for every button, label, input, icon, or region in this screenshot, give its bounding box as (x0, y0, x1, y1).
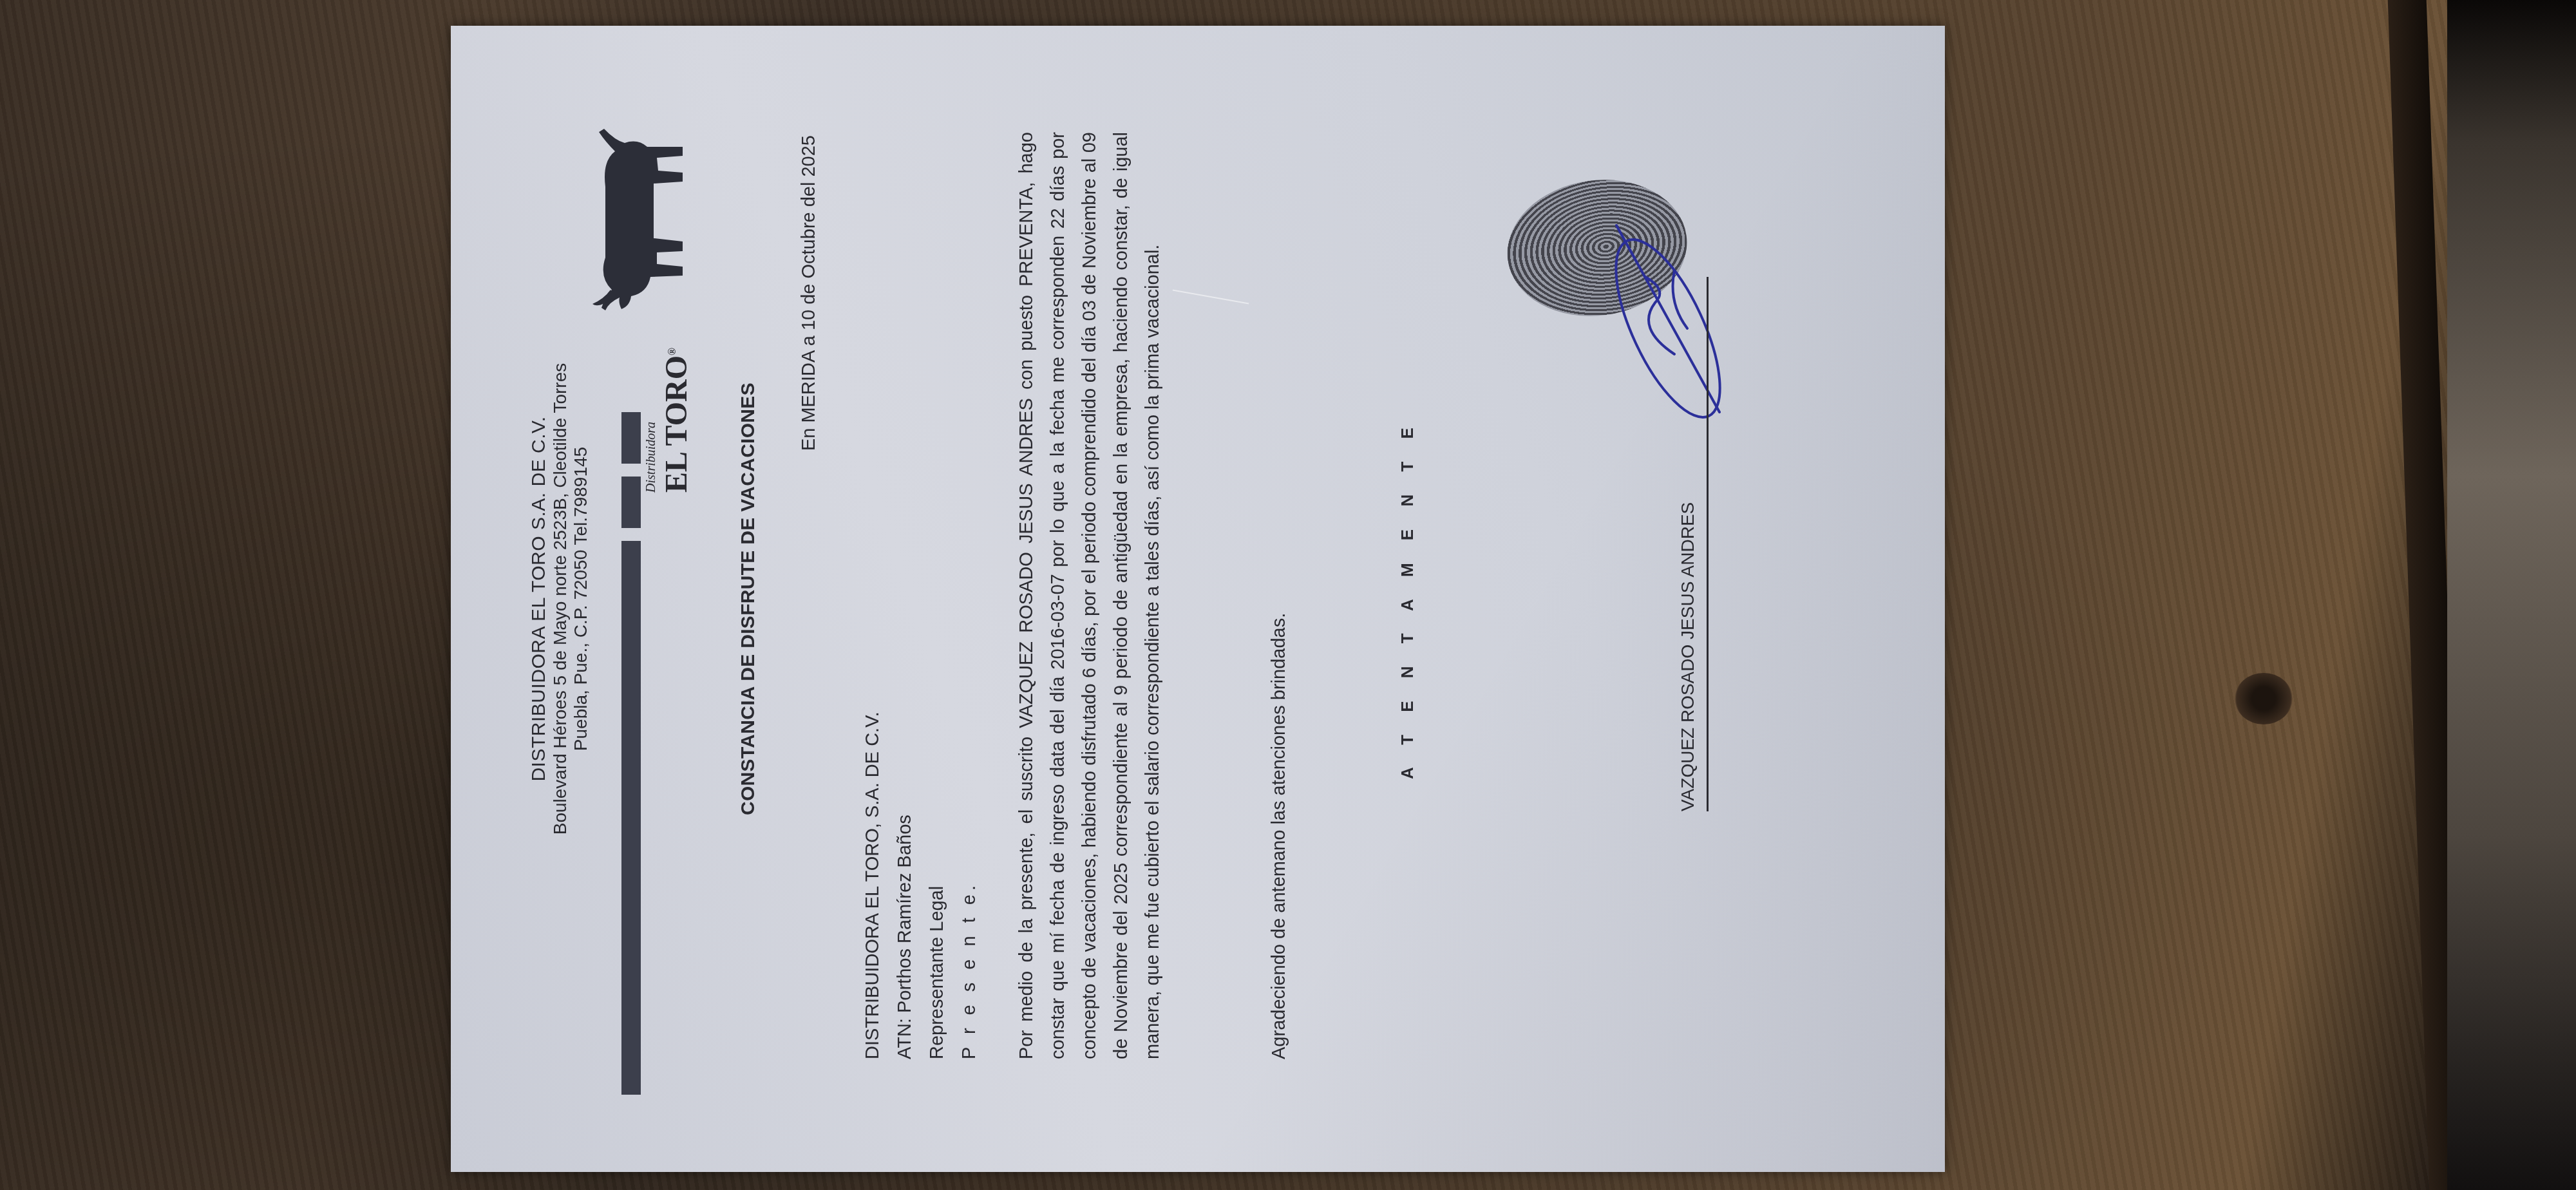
signature-line (1707, 277, 1709, 811)
recipient-block: DISTRIBUIDORA EL TORO, S.A. DE C.V. ATN:… (857, 712, 985, 1059)
closing-atentamente: A T E N T A M E N T E (1397, 26, 1417, 1172)
logo-brand-text: EL TORO (659, 355, 694, 493)
vacation-certificate-document: DISTRIBUIDORA EL TORO S.A. DE C.V. Boule… (451, 26, 1945, 1172)
company-address-line1: Boulevard Héroes 5 de Mayo norte 2523B, … (550, 26, 571, 1172)
recipient-attention: ATN: Porthos Ramírez Baños (889, 712, 921, 1059)
bar-short-1 (621, 477, 641, 528)
date-line: En MERIDA a 10 de Octubre del 2025 (799, 135, 820, 451)
document-title: CONSTANCIA DE DISFRUTE DE VACACIONES (737, 26, 759, 1172)
recipient-company: DISTRIBUIDORA EL TORO, S.A. DE C.V. (857, 712, 889, 1059)
floor-background (2447, 0, 2576, 1190)
recipient-greeting: P r e s e n t e. (953, 712, 985, 1059)
letterhead-decorative-bars (621, 361, 647, 1095)
wood-knot (2235, 673, 2293, 724)
registered-mark: ® (667, 348, 678, 355)
bar-short-2 (621, 412, 641, 464)
company-name: DISTRIBUIDORA EL TORO S.A. DE C.V. (528, 26, 550, 1172)
body-paragraph: Por medio de la presente, el suscrito VA… (1011, 132, 1169, 1059)
paper-crease (1173, 290, 1249, 305)
handwritten-signature-icon (1507, 174, 1752, 689)
thanks-line: Agradeciendo de antemano las atenciones … (1269, 613, 1290, 1059)
letterhead: DISTRIBUIDORA EL TORO S.A. DE C.V. Boule… (528, 26, 591, 1172)
logo-small-text: Distribuidora (644, 348, 659, 493)
signatory-name: VAZQUEZ ROSADO JESUS ANDRES (1678, 502, 1698, 811)
bar-long (621, 541, 641, 1095)
bull-icon (586, 122, 689, 316)
recipient-role: Representante Legal (921, 712, 953, 1059)
logo-wordmark: Distribuidora EL TORO® (644, 348, 691, 493)
